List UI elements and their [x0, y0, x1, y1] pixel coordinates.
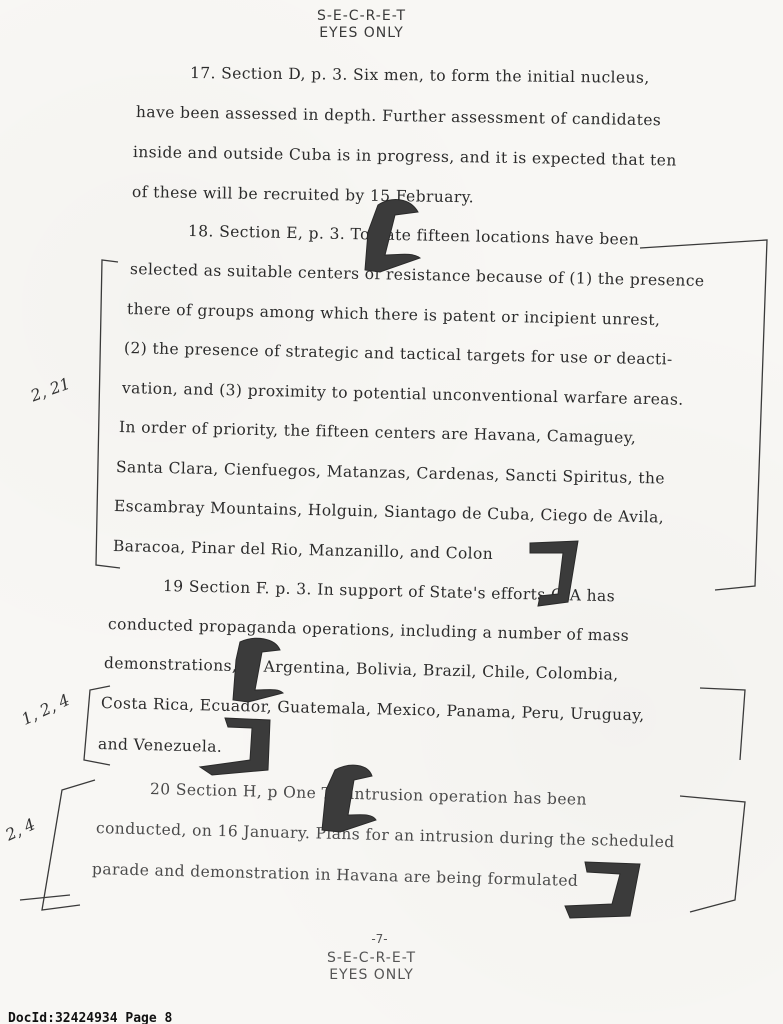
bracket-left-18	[96, 260, 120, 568]
paragraph-line: and Venezuela.	[98, 735, 223, 756]
paragraph-line: Escambray Mountains, Holguin, Siantago d…	[114, 497, 664, 527]
paragraph-line: Baracoa, Pinar del Rio, Manzanillo, and …	[113, 537, 494, 563]
bracket-left-20	[42, 780, 95, 910]
paragraph-line: of these will be recruited by 15 Februar…	[132, 183, 474, 206]
footer-classification: S-E-C-R-E-T EYES ONLY	[0, 950, 763, 984]
paragraph-line: demonstrations, in Argentina, Bolivia, B…	[104, 654, 619, 684]
paragraph-line: In order of priority, the fifteen center…	[119, 418, 637, 447]
paragraph-line: 17. Section D, p. 3. Six men, to form th…	[190, 64, 650, 87]
redaction-bracket-close-20	[565, 862, 640, 918]
paragraph-line: parade and demonstration in Havana are b…	[92, 860, 579, 890]
paragraph-line: Costa Rica, Ecuador, Guatemala, Mexico, …	[101, 694, 645, 724]
margin-note: 1, 2, 4	[18, 690, 72, 729]
doc-id: DocId:32424934 Page 8	[8, 1011, 172, 1024]
paragraph-line: selected as suitable centers of resistan…	[130, 260, 705, 290]
paragraph-line: 18. Section E, p. 3. To date fifteen loc…	[188, 222, 640, 249]
paragraph-line: conducted, on 16 January. Plans for an i…	[96, 819, 675, 851]
handling-label: EYES ONLY	[0, 967, 763, 984]
paragraph-line: (2) the presence of strategic and tactic…	[124, 339, 673, 368]
paragraph-line: there of groups among which there is pat…	[127, 300, 661, 329]
paragraph-line: 20 Section H, p One TV intrusion operati…	[150, 780, 587, 809]
document-page: S-E-C-R-E-T EYES ONLY 17. Section D, p. …	[0, 0, 783, 1024]
margin-note: 2, 4	[2, 814, 38, 844]
paragraph-line: have been assessed in depth. Further ass…	[136, 103, 661, 129]
classification-label: S-E-C-R-E-T	[0, 950, 763, 967]
paragraph-line: Santa Clara, Cienfuegos, Matanzas, Carde…	[116, 458, 665, 487]
bracket-right-20	[680, 796, 745, 912]
paragraph-line: conducted propaganda operations, includi…	[108, 615, 630, 645]
header-classification: S-E-C-R-E-T EYES ONLY	[0, 8, 753, 42]
page-number: -7-	[0, 932, 771, 946]
paragraph-line: 19 Section F. p. 3. In support of State'…	[163, 577, 615, 605]
classification-label: S-E-C-R-E-T	[0, 8, 753, 25]
margin-note: 2, 21	[28, 374, 73, 406]
paragraph-line: inside and outside Cuba is in progress, …	[133, 143, 677, 170]
bracket-right-18	[640, 240, 767, 590]
handling-label: EYES ONLY	[0, 25, 753, 42]
paragraph-line: vation, and (3) proximity to potential u…	[122, 379, 684, 409]
bracket-right-19	[700, 688, 745, 760]
